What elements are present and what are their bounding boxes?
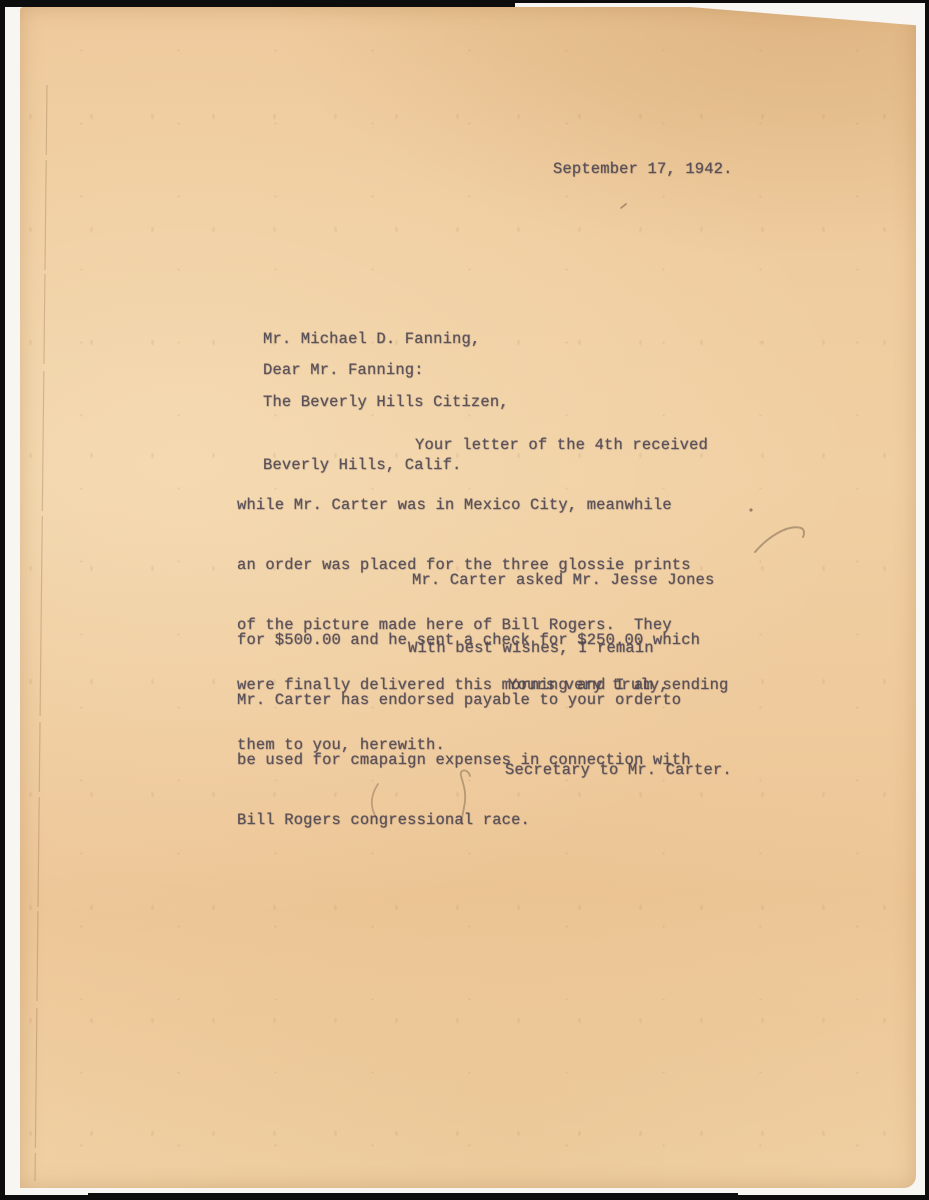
salutation: Dear Mr. Fanning: — [263, 360, 424, 380]
paragraph-line: Mr. Carter asked Mr. Jesse Jones — [412, 570, 714, 590]
scanned-letter-page: September 17, 1942. Mr. Michael D. Fanni… — [0, 0, 929, 1200]
date-line: September 17, 1942. — [553, 159, 733, 179]
pencil-dot-mark — [749, 508, 752, 511]
pencil-tick-mark — [621, 204, 626, 208]
closing-line: With best wishes, I remain — [408, 638, 654, 658]
scan-frame-top-edge — [0, 0, 515, 7]
scan-frame-bottom-edge — [88, 1193, 738, 1200]
body-paragraph-2: Mr. Carter asked Mr. Jesse Jones for $50… — [237, 530, 714, 870]
paper-crease-line — [35, 85, 47, 1181]
letter-paper: September 17, 1942. Mr. Michael D. Fanni… — [20, 7, 916, 1188]
paragraph-line: while Mr. Carter was in Mexico City, mea… — [237, 495, 728, 515]
recipient-name-line: Mr. Michael D. Fanning, — [263, 329, 509, 350]
paragraph-line: Bill Rogers congressional race. — [237, 810, 714, 830]
pencil-arc-mark — [755, 527, 804, 552]
valediction: Yours very truly, — [508, 675, 669, 695]
signature-line: Secretary to Mr. Carter. — [505, 760, 732, 780]
paragraph-line: Your letter of the 4th received — [415, 435, 728, 455]
